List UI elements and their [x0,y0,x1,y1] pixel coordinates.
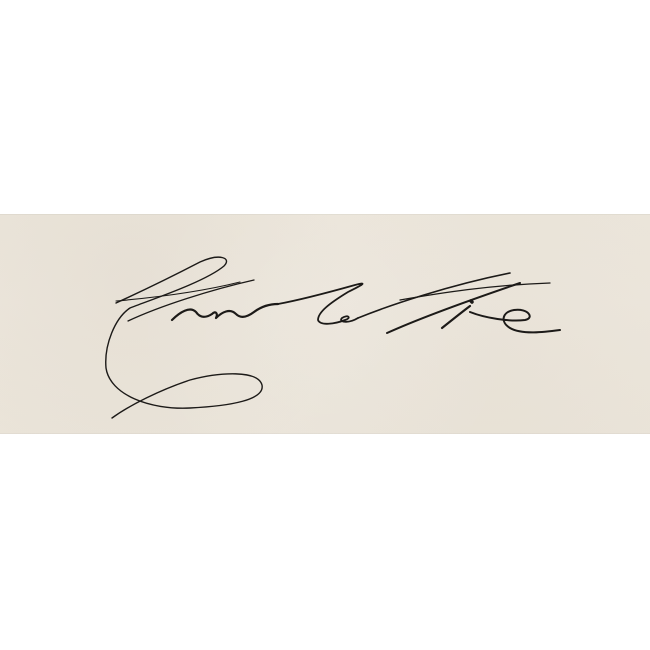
signature-stroke-e [470,310,560,333]
signature-stroke-t2 [400,283,550,300]
signature-charlotte: Charlotte [0,0,650,650]
signature-stroke-crossbar [116,282,240,301]
signature-ink-dot [471,301,472,302]
signature-stroke-C [106,257,262,418]
signature-stroke-lo [278,284,363,324]
signature-stroke-h [128,280,254,321]
signature-stroke-t1 [358,273,510,318]
signature-stroke-t1-return [387,283,520,333]
image-canvas: Charlotte Charlotte [0,0,650,650]
signature-stroke-har [172,304,278,320]
